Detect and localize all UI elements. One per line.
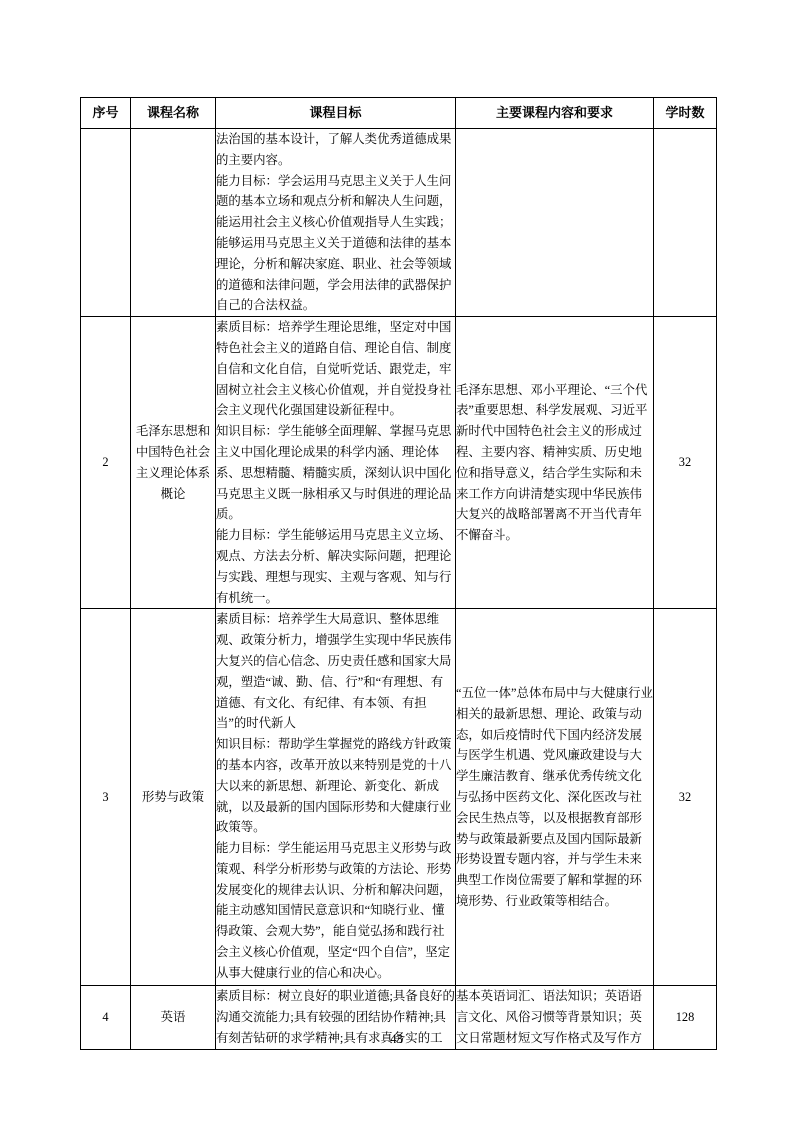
table-row: 法治国的基本设计，了解人类优秀道德成果的主要内容。 能力目标：学会运用马克思主义…: [81, 129, 717, 317]
cell-course-objectives: 法治国的基本设计，了解人类优秀道德成果的主要内容。 能力目标：学会运用马克思主义…: [216, 129, 456, 317]
table-row: 3 形势与政策 素质目标：培养学生大局意识、整体思维观、政策分析力，增强学生实现…: [81, 609, 717, 986]
cell-course-name: 形势与政策: [131, 609, 216, 986]
header-seq: 序号: [81, 98, 131, 129]
cell-course-hours: 32: [654, 609, 717, 986]
page-number: 43: [0, 1031, 793, 1047]
cell-seq: [81, 129, 131, 317]
header-course-content: 主要课程内容和要求: [456, 98, 654, 129]
cell-course-name: [131, 129, 216, 317]
header-course-hours: 学时数: [654, 98, 717, 129]
cell-course-content: 毛泽东思想、邓小平理论、“三个代表”重要思想、科学发展观、习近平新时代中国特色社…: [456, 317, 654, 609]
cell-course-content: “五位一体”总体布局中与大健康行业相关的最新思想、理论、政策与动态，如后疫情时代…: [456, 609, 654, 986]
header-course-name: 课程名称: [131, 98, 216, 129]
cell-course-hours: 32: [654, 317, 717, 609]
cell-seq: 2: [81, 317, 131, 609]
course-table: 序号 课程名称 课程目标 主要课程内容和要求 学时数 法治国的基本设计，了解人类…: [80, 97, 717, 1050]
table-header-row: 序号 课程名称 课程目标 主要课程内容和要求 学时数: [81, 98, 717, 129]
cell-seq: 3: [81, 609, 131, 986]
cell-course-objectives: 素质目标：培养学生大局意识、整体思维观、政策分析力，增强学生实现中华民族伟大复兴…: [216, 609, 456, 986]
cell-course-objectives: 素质目标：培养学生理论思维，坚定对中国特色社会主义的道路自信、理论自信、制度自信…: [216, 317, 456, 609]
cell-course-name: 毛泽东思想和中国特色社会主义理论体系概论: [131, 317, 216, 609]
header-course-objectives: 课程目标: [216, 98, 456, 129]
cell-course-hours: [654, 129, 717, 317]
cell-course-content: [456, 129, 654, 317]
table-row: 2 毛泽东思想和中国特色社会主义理论体系概论 素质目标：培养学生理论思维，坚定对…: [81, 317, 717, 609]
document-page: 序号 课程名称 课程目标 主要课程内容和要求 学时数 法治国的基本设计，了解人类…: [0, 0, 793, 1122]
